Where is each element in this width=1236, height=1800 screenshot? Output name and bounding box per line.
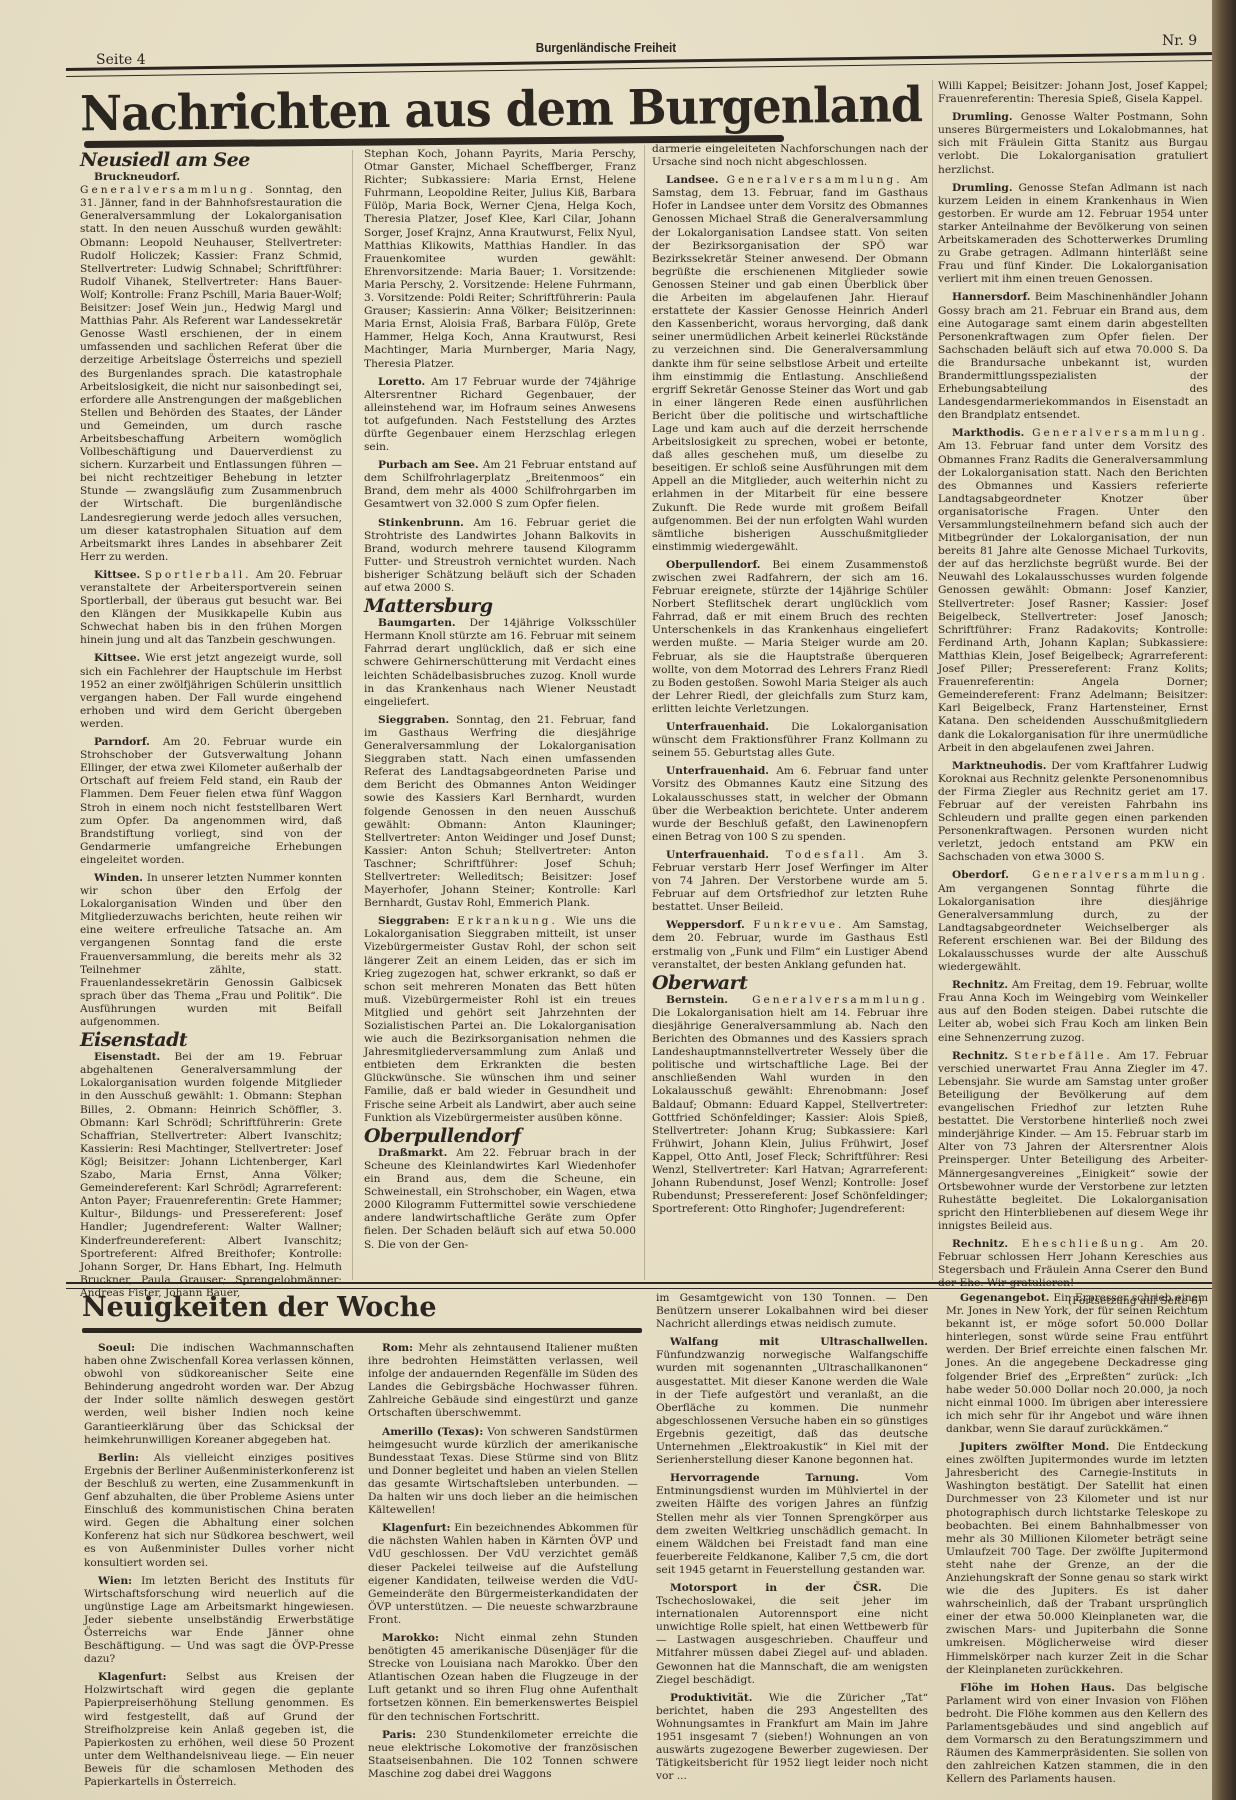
article-dateline: Walfang mit Ultraschallwellen. <box>670 1336 928 1348</box>
newspaper-page: Seite 4 Burgenländische Freiheit Nr. 9 N… <box>0 0 1212 1800</box>
article-dateline: Sieggraben. <box>378 714 456 726</box>
article-subject: Todesfall. <box>786 849 868 861</box>
article-paragraph: Hervorragende Tarnung. Vom Entminungsdie… <box>656 1472 928 1577</box>
article-paragraph: darmerie eingeleiteten Nachforschungen n… <box>652 143 928 169</box>
article-paragraph: Sieggraben. Sonntag, den 21. Februar, fa… <box>364 714 636 910</box>
section-heading: Oberpullendorf <box>364 1130 636 1143</box>
article-subject: Eheschließung. <box>1022 1238 1147 1250</box>
article-dateline: Baumgarten. <box>378 617 470 629</box>
article-paragraph: Rechnitz. Am Freitag, dem 19. Februar, w… <box>938 979 1208 1044</box>
article-dateline: Flöhe im Hohen Haus. <box>960 1682 1126 1694</box>
article-subject: Generalversammlung. <box>727 174 903 186</box>
issue-number: Nr. 9 <box>1162 33 1197 49</box>
article-dateline: Rechnitz. <box>952 979 1012 991</box>
article-paragraph: Draßmarkt. Am 22. Februar brach in der S… <box>364 1147 636 1252</box>
article-dateline: Stinkenbrunn. <box>378 517 473 529</box>
article-dateline: Oberdorf. <box>952 869 1032 881</box>
top-column-3: darmerie eingeleiteten Nachforschungen n… <box>652 143 928 1221</box>
article-paragraph: Stephan Koch, Johann Payrits, Maria Pers… <box>364 148 636 371</box>
top-column-1: Neusiedl am SeeBruckneudorf. Generalvers… <box>80 150 342 1305</box>
top-column-4: Willi Kappel; Beisitzer: Johann Jost, Jo… <box>938 80 1208 1308</box>
article-dateline: Winden. <box>94 872 147 884</box>
article-dateline: Rechnitz. <box>952 1050 1014 1062</box>
article-dateline: Kittsee. <box>94 569 145 581</box>
article-dateline: Kittsee. <box>94 652 145 664</box>
article-dateline: Loretto. <box>378 376 431 388</box>
section-heading: Neusiedl am See <box>80 154 342 167</box>
article-paragraph: Baumgarten. Der 14jährige Volksschüler H… <box>364 617 636 709</box>
article-paragraph: Stinkenbrunn. Am 16. Februar geriet die … <box>364 517 636 596</box>
article-paragraph: Marokko: Nicht einmal zehn Stunden benöt… <box>368 1632 638 1724</box>
article-paragraph: Drumling. Genosse Walter Postmann, Sohn … <box>938 111 1208 176</box>
top-masthead: Nachrichten aus dem Burgenland <box>80 76 923 142</box>
article-dateline: Marokko: <box>382 1632 455 1644</box>
article-paragraph: Kittsee. Wie erst jetzt angezeigt wurde,… <box>80 652 342 731</box>
article-paragraph: Eisenstadt. Bei der am 19. Februar abgeh… <box>80 1051 342 1300</box>
article-dateline: Markthodis. <box>952 427 1032 439</box>
article-dateline: Klagenfurt: <box>382 1522 454 1534</box>
article-paragraph: Oberdorf. Generalversammlung. Am vergang… <box>938 869 1208 974</box>
article-subject: Funkrevue. <box>753 919 844 931</box>
article-paragraph: Unterfrauenhaid. Todesfall. Am 3. Februa… <box>652 849 928 914</box>
top-column-2: Stephan Koch, Johann Payrits, Maria Pers… <box>364 148 636 1257</box>
bottom-masthead-rule <box>82 1328 642 1333</box>
article-dateline: Motorsport in der ČSR. <box>670 1582 910 1594</box>
article-paragraph: Loretto. Am 17 Februar wurde der 74jähri… <box>364 376 636 455</box>
newspaper-name: Burgenländische Freiheit <box>61 40 1152 55</box>
article-paragraph: Willi Kappel; Beisitzer: Johann Jost, Jo… <box>938 80 1208 106</box>
article-paragraph: Landsee. Generalversammlung. Am Samstag,… <box>652 174 928 554</box>
article-paragraph: Flöhe im Hohen Haus. Das belgische Parla… <box>946 1682 1208 1787</box>
column-divider <box>352 150 353 1280</box>
article-paragraph: im Gesamtgewicht von 130 Tonnen. — Den B… <box>656 1292 928 1331</box>
article-paragraph: Sieggraben: Erkrankung. Wie uns die Loka… <box>364 915 636 1125</box>
bottom-column-2: Rom: Mehr als zehntausend Italiener mußt… <box>368 1342 638 1786</box>
article-paragraph: Kittsee. Sportlerball. Am 20. Februar ve… <box>80 569 342 648</box>
article-subject: Generalversammlung. <box>80 184 256 196</box>
article-paragraph: Bernstein. Generalversammlung. Die Lokal… <box>652 994 928 1217</box>
article-dateline: Gegenangebot. <box>960 1292 1053 1304</box>
article-subject: Generalversammlung. <box>1032 869 1208 881</box>
bottom-column-3: im Gesamtgewicht von 130 Tonnen. — Den B… <box>656 1292 928 1788</box>
article-dateline: Berlin: <box>98 1452 154 1464</box>
section-heading: Mattersburg <box>364 600 636 613</box>
article-dateline: Marktneuhodis. <box>952 760 1051 772</box>
article-dateline: Unterfrauenhaid. <box>666 849 786 861</box>
article-paragraph: Weppersdorf. Funkrevue. Am Samstag, dem … <box>652 919 928 971</box>
column-divider <box>932 80 933 1280</box>
article-paragraph: Rechnitz. Sterbefälle. Am 17. Februar ve… <box>938 1050 1208 1233</box>
section-divider <box>66 1282 1212 1289</box>
article-dateline: Bruckneudorf. <box>94 171 180 183</box>
article-paragraph: Wien: Im letzten Bericht des Instituts f… <box>84 1575 354 1667</box>
article-paragraph: Soeul: Die indischen Wachmannschaften ha… <box>84 1342 354 1447</box>
article-paragraph: Parndorf. Am 20. Februar wurde ein Stroh… <box>80 736 342 867</box>
article-paragraph: Klagenfurt: Ein bezeichnendes Abkommen f… <box>368 1522 638 1627</box>
article-dateline: Eisenstadt. <box>94 1051 174 1063</box>
article-dateline: Drumling. <box>952 111 1021 123</box>
article-paragraph: Markthodis. Generalversammlung. Am 13. F… <box>938 427 1208 754</box>
article-dateline: Unterfrauenhaid. <box>666 721 791 733</box>
article-paragraph: Jupiters zwölfter Mond. Die Entdeckung e… <box>946 1441 1208 1677</box>
bottom-column-1: Soeul: Die indischen Wachmannschaften ha… <box>84 1342 354 1794</box>
article-subject: Generalversammlung. <box>752 994 928 1006</box>
article-dateline: Hervorragende Tarnung. <box>670 1472 905 1484</box>
article-dateline: Landsee. <box>666 174 727 186</box>
article-dateline: Unterfrauenhaid. <box>666 765 776 777</box>
article-paragraph: Purbach am See. Am 21 Februar entstand a… <box>364 459 636 511</box>
article-subject: Sterbefälle. <box>1014 1050 1113 1062</box>
article-paragraph: Paris: 230 Stundenkilometer erreichte di… <box>368 1729 638 1781</box>
bottom-masthead: Neuigkeiten der Woche <box>82 1292 437 1323</box>
article-dateline: Purbach am See. <box>378 459 483 471</box>
article-dateline: Oberpullendorf. <box>666 559 772 571</box>
article-paragraph: Winden. In unserer letzten Nummer konnte… <box>80 872 342 1029</box>
article-dateline: Hannersdorf. <box>952 291 1035 303</box>
article-paragraph: Rom: Mehr als zehntausend Italiener mußt… <box>368 1342 638 1421</box>
article-subject: Generalversammlung. <box>1032 427 1208 439</box>
article-paragraph: Produktivität. Wie die Züricher „Tat“ be… <box>656 1692 928 1784</box>
article-dateline: Sieggraben: <box>378 915 457 927</box>
article-subject: Sportlerball. <box>145 569 252 581</box>
article-paragraph: Berlin: Als vielleicht einziges positive… <box>84 1452 354 1570</box>
article-dateline: Produktivität. <box>670 1692 769 1704</box>
article-paragraph: Klagenfurt: Selbst aus Kreisen der Holzw… <box>84 1671 354 1789</box>
article-dateline: Rechnitz. <box>952 1238 1022 1250</box>
column-divider <box>644 145 645 1280</box>
article-paragraph: Unterfrauenhaid. Am 6. Februar fand unte… <box>652 765 928 844</box>
article-dateline: Amerillo (Texas): <box>382 1426 487 1438</box>
article-dateline: Klagenfurt: <box>98 1671 186 1683</box>
article-dateline: Wien: <box>98 1575 141 1587</box>
article-dateline: Weppersdorf. <box>666 919 753 931</box>
article-dateline: Parndorf. <box>94 736 163 748</box>
header-rule <box>66 52 1216 77</box>
article-dateline: Draßmarkt. <box>378 1147 456 1159</box>
article-dateline: Drumling. <box>952 182 1019 194</box>
article-paragraph: Walfang mit Ultraschallwellen. Fünfundzw… <box>656 1336 928 1467</box>
page-edge <box>1212 0 1236 1800</box>
section-heading: Oberwart <box>652 977 928 990</box>
article-paragraph: Marktneuhodis. Der vom Kraftfahrer Ludwi… <box>938 760 1208 865</box>
article-subject: Erkrankung. <box>457 915 558 927</box>
article-dateline: Bernstein. <box>666 994 752 1006</box>
bottom-column-4: Gegenangebot. Ein Erpresser schrieb eine… <box>946 1292 1208 1791</box>
article-paragraph: Oberpullendorf. Bei einem Zusammenstoß z… <box>652 559 928 716</box>
article-dateline: Soeul: <box>98 1342 150 1354</box>
article-paragraph: Hannersdorf. Beim Maschinenhändler Johan… <box>938 291 1208 422</box>
section-heading: Eisenstadt <box>80 1034 342 1047</box>
article-dateline: Rom: <box>382 1342 418 1354</box>
article-dateline: Paris: <box>382 1729 426 1741</box>
article-dateline: Jupiters zwölfter Mond. <box>960 1441 1117 1453</box>
article-paragraph: Drumling. Genosse Stefan Adlmann ist nac… <box>938 182 1208 287</box>
article-paragraph: Bruckneudorf. Generalversammlung. Sonnta… <box>80 171 342 564</box>
article-paragraph: Motorsport in der ČSR. Die Tschechoslowa… <box>656 1582 928 1687</box>
article-paragraph: Unterfrauenhaid. Die Lokalorganisation w… <box>652 721 928 760</box>
article-paragraph: Gegenangebot. Ein Erpresser schrieb eine… <box>946 1292 1208 1436</box>
article-paragraph: Amerillo (Texas): Von schweren Sandstürm… <box>368 1426 638 1518</box>
